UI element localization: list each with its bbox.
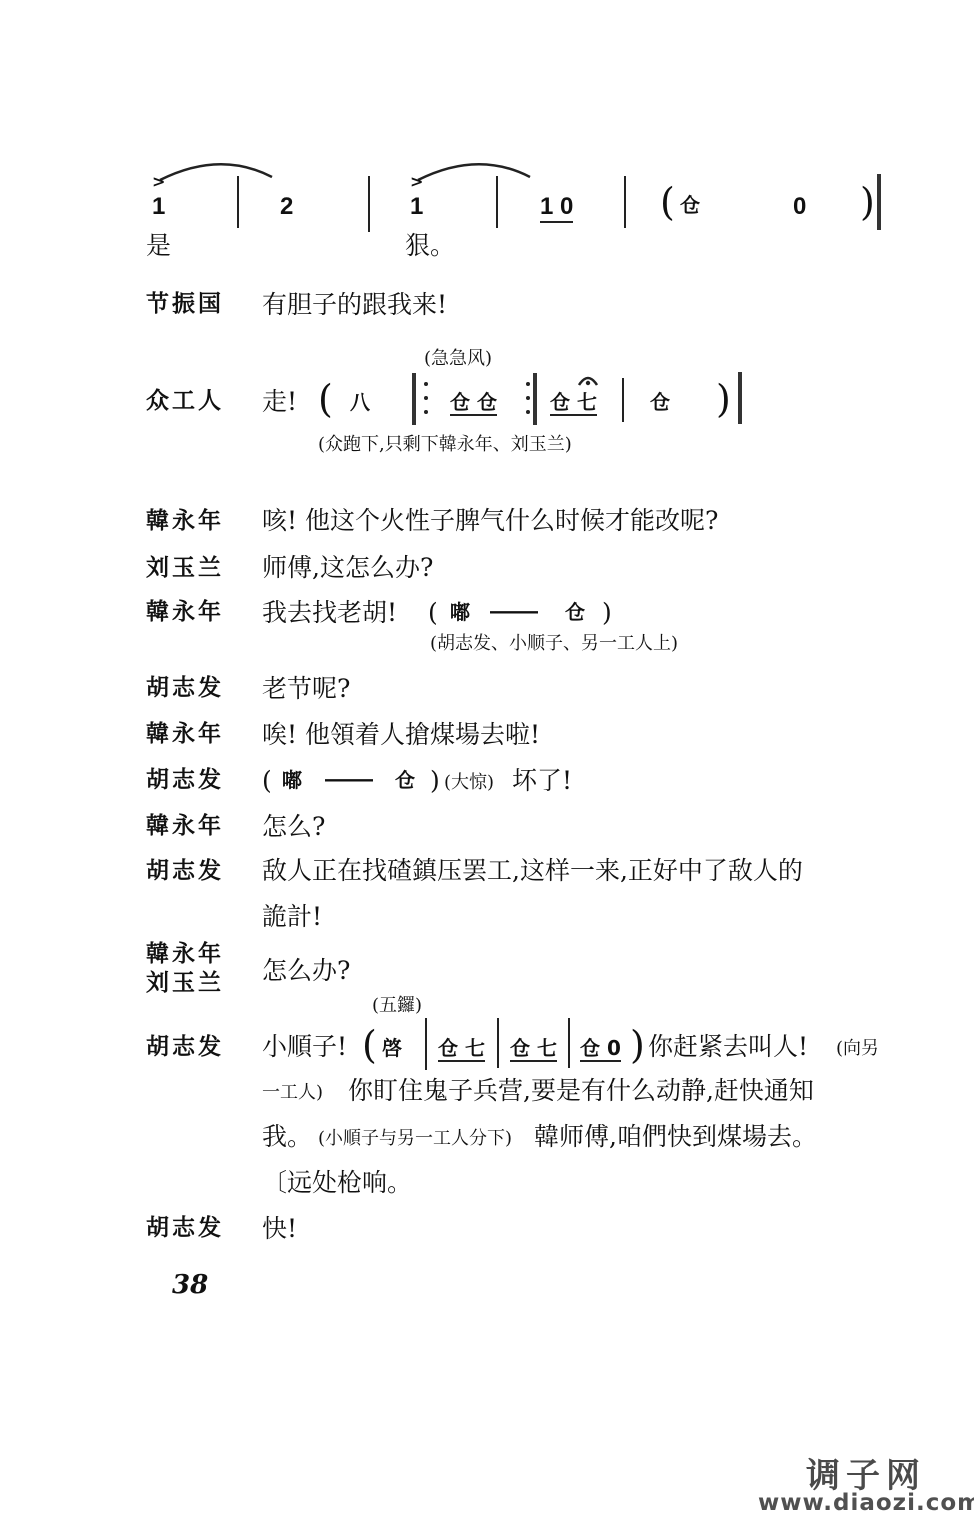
speaker-name: 韓永年 — [146, 943, 224, 966]
paren-open: ( — [318, 380, 333, 418]
note-1: 1 — [152, 195, 165, 219]
page-number: 38 — [172, 1270, 208, 1300]
bar-line — [624, 176, 626, 228]
paren-open: ( — [262, 768, 272, 793]
stage-direction: (向另 — [836, 1040, 879, 1058]
repeat-dot — [526, 382, 530, 386]
cue-label: (五鑼) — [372, 997, 422, 1015]
percussion-note: 仓 仓 — [450, 392, 497, 416]
percussion-hit: 仓 — [680, 195, 700, 215]
speaker-name: 韓永年 — [146, 723, 224, 746]
accent-mark-2: > — [410, 174, 423, 190]
paren-open: ( — [660, 183, 675, 221]
percussion-note: 嘟 — [282, 770, 302, 790]
rest: 0 — [793, 195, 806, 219]
cue-label: (急急风) — [424, 350, 492, 368]
percussion-note: 仓 七 — [438, 1038, 485, 1062]
dialogue-text: 小順子! — [262, 1034, 347, 1059]
speaker-name: 刘玉兰 — [146, 557, 224, 580]
percussion-note: 仓 七 — [510, 1038, 557, 1062]
paren-open: ( — [428, 600, 438, 625]
stage-note: 〔远处枪响。 — [262, 1170, 412, 1195]
bar-line — [237, 176, 239, 228]
dialogue-text: 唉! 他領着人搶煤場去啦! — [262, 722, 540, 747]
note-2: 2 — [280, 195, 293, 219]
paren-close: ) — [716, 380, 731, 418]
bar-line — [368, 176, 370, 232]
dialogue-text: 你赶紧去叫人! — [648, 1034, 808, 1059]
speaker-name: 韓永年 — [146, 815, 224, 838]
dialogue-text: 怎么? — [262, 814, 325, 839]
bar-line — [496, 176, 498, 228]
speaker-name: 韓永年 — [146, 510, 224, 533]
dialogue-text: 快! — [262, 1216, 297, 1241]
stage-direction-cont: 一工人) — [262, 1084, 323, 1102]
speaker-name: 胡志发 — [146, 769, 224, 792]
paren-close: ) — [860, 183, 875, 221]
percussion-note: 仓 七 — [550, 392, 597, 416]
dash: —— — [490, 600, 538, 624]
bar-line — [622, 378, 624, 422]
accent-mark-1: > — [152, 174, 165, 190]
repeat-start-bar — [412, 373, 416, 425]
slur-2 — [418, 155, 538, 185]
percussion-note: 嘟 — [450, 602, 470, 622]
percussion-note: 仓 — [565, 602, 585, 622]
slur-1 — [160, 155, 280, 185]
percussion-note: 仓 0 — [580, 1038, 621, 1062]
note-3: 1 — [410, 195, 423, 219]
lyric-1: 是 — [146, 233, 171, 258]
percussion-note: 八 — [350, 392, 370, 412]
speaker-name: 胡志发 — [146, 860, 224, 883]
dialogue-text: 敌人正在找碴鎮压罢工,这样一来,正好中了敌人的 — [262, 858, 803, 883]
end-bar — [877, 174, 881, 230]
dialogue-text: 师傅,这怎么办? — [262, 555, 433, 580]
speaker-name: 众工人 — [146, 390, 224, 413]
dialogue-text: 我去找老胡! — [262, 600, 397, 625]
stage-direction: (胡志发、小顺子、另一工人上) — [430, 635, 678, 653]
dash: —— — [325, 768, 373, 792]
dialogue-text: 走! — [262, 389, 297, 414]
speaker-name: 节振国 — [146, 293, 224, 316]
stage-direction: (小順子与另一工人分下) — [318, 1130, 512, 1148]
watermark-url: www.diaozi.com — [758, 1490, 974, 1516]
percussion-note: 啓 — [382, 1038, 402, 1058]
dialogue-text: 怎么办? — [262, 958, 350, 983]
repeat-dot — [424, 410, 428, 414]
repeat-dot — [526, 410, 530, 414]
repeat-end-bar — [533, 373, 537, 425]
bar-line — [497, 1018, 499, 1068]
dialogue-text: 老节呢? — [262, 676, 350, 701]
stage-direction: (众跑下,只剩下韓永年、刘玉兰) — [318, 436, 572, 454]
percussion-note: 仓 — [395, 770, 415, 790]
bar-line — [425, 1018, 427, 1070]
dialogue-text: 咳! 他这个火性子脾气什么时候才能改呢? — [262, 508, 718, 533]
speaker-name: 胡志发 — [146, 1217, 224, 1240]
percussion-note: 仓 — [650, 392, 670, 412]
repeat-dot — [424, 382, 428, 386]
bar-line — [568, 1018, 570, 1068]
dialogue-text: 有胆子的跟我来! — [262, 292, 447, 317]
end-bar — [738, 372, 742, 424]
repeat-dot — [424, 396, 428, 400]
dialogue-text-cont: 詭計! — [262, 904, 322, 929]
paren-close: ) — [602, 600, 612, 625]
stage-direction: (大惊) — [444, 774, 494, 792]
paren-close: ) — [630, 1026, 645, 1064]
speaker-name: 胡志发 — [146, 1036, 224, 1059]
speaker-name: 胡志发 — [146, 677, 224, 700]
repeat-dot — [526, 396, 530, 400]
speaker-name: 韓永年 — [146, 601, 224, 624]
dialogue-text: 坏了! — [512, 768, 572, 793]
speaker-name: 刘玉兰 — [146, 972, 224, 995]
paren-open: ( — [362, 1026, 377, 1064]
note-4: 1 0 — [540, 195, 573, 223]
dialogue-text: 你盯住鬼子兵营,要是有什么动静,赶快通知 — [348, 1078, 814, 1103]
dialogue-text: 韓师傅,咱們快到煤場去。 — [534, 1124, 817, 1149]
dialogue-text: 我。 — [262, 1124, 312, 1149]
paren-close: ) — [430, 768, 440, 793]
lyric-2: 狠。 — [405, 233, 455, 258]
fermata-icon — [577, 373, 599, 387]
